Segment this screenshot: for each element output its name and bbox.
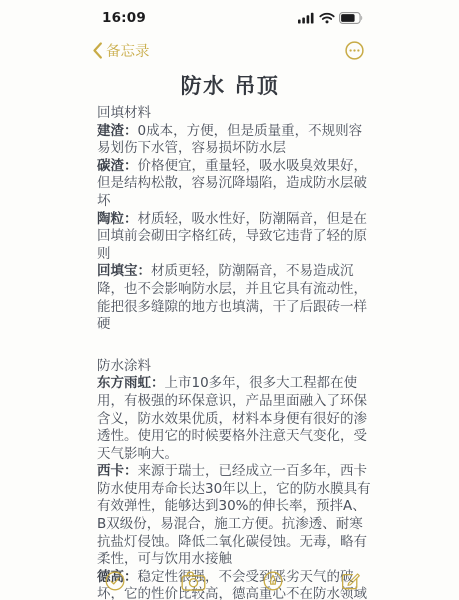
status-icons <box>298 12 364 24</box>
camera-button[interactable] <box>181 570 206 592</box>
compose-icon <box>339 570 361 592</box>
ellipsis-circle-icon <box>345 41 364 60</box>
note-body[interactable]: 回填材料建渣：0成本，方便，但是质量重，不规则容易划伤下水管，容易损坏防水层碳渣… <box>84 105 376 600</box>
note-item: 建渣：0成本，方便，但是质量重，不规则容易划伤下水管，容易损坏防水层 <box>97 123 374 158</box>
checklist-button[interactable] <box>104 570 126 592</box>
bottom-toolbar <box>84 570 376 592</box>
item-term: 陶粒： <box>97 211 138 227</box>
note-section: 防水涂料东方雨虹：上市10多年，很多大工程都在使用，有极强的环保意识，产品里面融… <box>97 358 374 600</box>
item-desc: 来源于瑞士，已经成立一百多年，西卡防水使用寿命长达30年以上，它的防水膜具有有效… <box>97 463 371 567</box>
wifi-icon <box>319 12 335 24</box>
back-button-label: 备忘录 <box>106 40 150 61</box>
note-item: 碳渣：价格便宜，重量轻，吸水吸臭效果好，但是结构松散，容易沉降塌陷，造成防水层破… <box>97 158 374 211</box>
item-desc: 材质轻，吸水性好，防潮隔音，但是在回填前会砌田字格红砖，导致它违背了轻的原则 <box>97 211 367 262</box>
note-title[interactable]: 防水 吊顶 <box>84 70 376 100</box>
battery-icon <box>339 12 364 24</box>
item-term: 东方雨虹： <box>97 375 165 391</box>
item-term: 建渣： <box>97 123 138 139</box>
status-time: 16:09 <box>102 10 146 26</box>
item-term: 西卡： <box>97 463 138 479</box>
note-section: 回填材料建渣：0成本，方便，但是质量重，不规则容易划伤下水管，容易损坏防水层碳渣… <box>97 105 374 334</box>
markup-pen-circle-icon <box>262 570 284 592</box>
status-bar: 16:09 <box>84 0 376 27</box>
item-desc: 0成本，方便，但是质量重，不规则容易划伤下水管，容易损坏防水层 <box>97 123 362 157</box>
section-heading: 回填材料 <box>97 105 374 123</box>
nav-bar: 备忘录 <box>84 39 376 61</box>
item-desc: 价格便宜，重量轻，吸水吸臭效果好，但是结构松散，容易沉降塌陷，造成防水层破坏 <box>97 158 367 209</box>
camera-icon <box>181 570 206 592</box>
notes-app-screen: 16:09 <box>84 0 376 600</box>
markup-button[interactable] <box>262 570 284 592</box>
chevron-left-icon <box>92 42 103 59</box>
item-term: 碳渣： <box>97 158 138 174</box>
note-item: 西卡：来源于瑞士，已经成立一百多年，西卡防水使用寿命长达30年以上，它的防水膜具… <box>97 463 374 569</box>
checkmark-circle-icon <box>104 570 126 592</box>
cellular-signal-icon <box>298 12 315 24</box>
back-button[interactable]: 备忘录 <box>92 40 150 61</box>
more-options-button[interactable] <box>345 41 364 60</box>
compose-button[interactable] <box>339 570 361 592</box>
item-term: 回填宝： <box>97 263 151 279</box>
note-item: 陶粒：材质轻，吸水性好，防潮隔音，但是在回填前会砌田字格红砖，导致它违背了轻的原… <box>97 211 374 264</box>
note-item: 东方雨虹：上市10多年，很多大工程都在使用，有极强的环保意识，产品里面融入了环保… <box>97 375 374 463</box>
section-heading: 防水涂料 <box>97 358 374 376</box>
note-item: 回填宝：材质更轻，防潮隔音，不易造成沉降，也不会影响防水层，并且它具有流动性，能… <box>97 263 374 333</box>
